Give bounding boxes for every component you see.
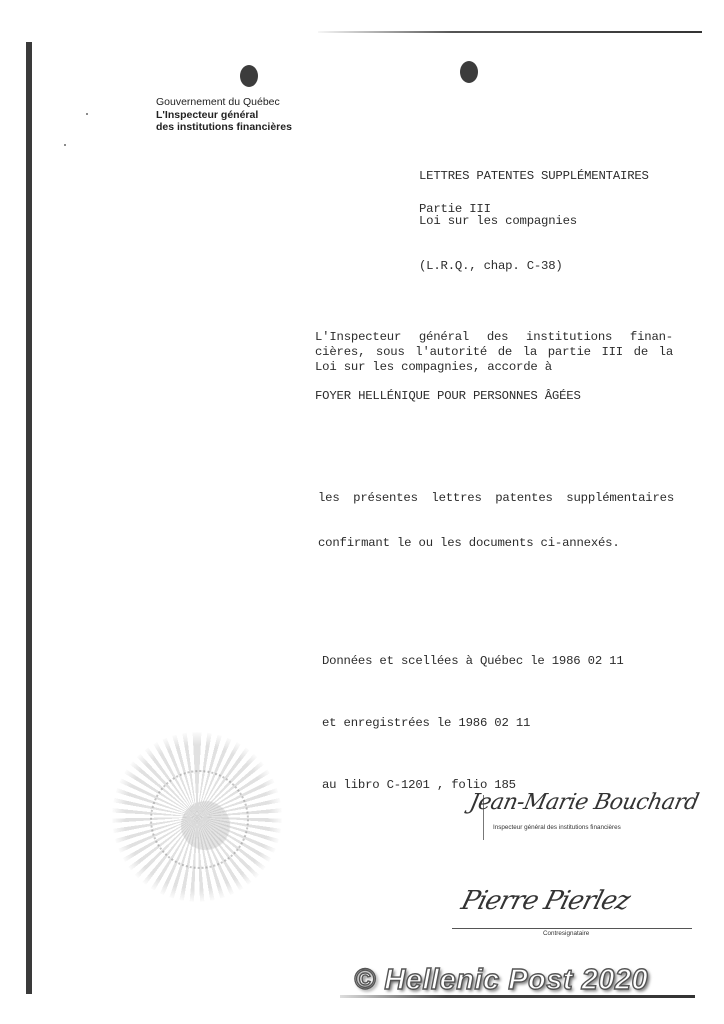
law-name: Loi sur les compagnies xyxy=(419,214,649,229)
document-title: LETTRES PATENTES SUPPLÉMENTAIRES xyxy=(419,169,649,184)
letterhead-government: Gouvernement du Québec xyxy=(156,96,292,109)
law-part: Partie III xyxy=(419,202,491,216)
grant-line: cières, sous l'autorité de la partie III… xyxy=(315,345,673,360)
registered-date: et enregistrées le 1986 02 11 xyxy=(322,716,624,731)
given-date: Données et scellées à Québec le 1986 02 … xyxy=(322,654,624,669)
letterhead: Gouvernement du Québec L'Inspecteur géné… xyxy=(156,96,292,134)
punch-hole xyxy=(460,61,478,83)
inspector-signature: Jean-Marie Bouchard xyxy=(467,790,700,815)
grant-line: L'Inspecteur général des institutions fi… xyxy=(315,330,673,345)
countersignature: Pierre Pierlez xyxy=(458,886,633,916)
watermark: © Hellenic Post 2020 xyxy=(354,964,648,997)
countersign-line xyxy=(452,928,692,929)
grant-line: Loi sur les compagnies, accorde à xyxy=(315,360,673,375)
confirmation-line: confirmant le ou les documents ci-annexé… xyxy=(318,536,674,551)
embossed-seal-ring xyxy=(150,770,249,869)
letterhead-office-sub: des institutions financières xyxy=(156,121,292,134)
scan-speck xyxy=(64,144,66,146)
inspector-caption: Inspecteur général des institutions fina… xyxy=(493,824,621,831)
binding-edge xyxy=(26,42,32,994)
confirmation-line: les présentes lettres patentes supplémen… xyxy=(318,491,674,506)
confirmation-paragraph: les présentes lettres patentes supplémen… xyxy=(318,461,674,566)
punch-hole xyxy=(240,65,258,87)
grant-paragraph: L'Inspecteur général des institutions fi… xyxy=(315,330,673,375)
law-reference: (L.R.Q., chap. C-38) xyxy=(419,259,649,274)
company-name: FOYER HELLÉNIQUE POUR PERSONNES ÂGÉES xyxy=(315,389,581,403)
scan-speck xyxy=(86,113,88,115)
letterhead-office: L'Inspecteur général xyxy=(156,109,292,122)
top-rule xyxy=(318,31,702,33)
countersign-caption: Contresignataire xyxy=(543,930,589,937)
